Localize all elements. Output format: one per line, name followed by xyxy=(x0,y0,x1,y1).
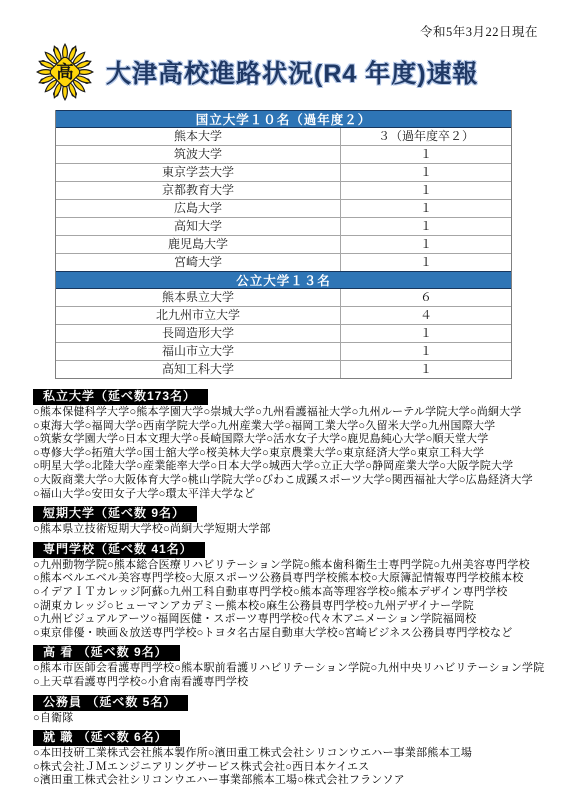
section-header: 公務員 （延べ数 5名） xyxy=(33,695,188,711)
emblem-character: 高 xyxy=(56,62,73,82)
date-note: 令和5年3月22日現在 xyxy=(0,0,566,40)
table-row: 鹿児島大学 １ xyxy=(56,235,511,253)
table-row: 広島大学 １ xyxy=(56,199,511,217)
table-row: 長岡造形大学 １ xyxy=(56,324,511,342)
university-name: 鹿児島大学 xyxy=(56,236,340,253)
national-universities-header: 国立大学１０名（過年度２） xyxy=(56,110,511,128)
school-list-line: ○福山大学○安田女子大学○環太平洋大学など xyxy=(33,488,543,502)
school-list-line: ○熊本ベルエベル美容専門学校○大原スポーツ公務員専門学校熊本校○大原簿記情報専門… xyxy=(33,572,543,586)
table-row: 筑波大学 １ xyxy=(56,145,511,163)
school-list-line: ○東海大学○福岡大学○西南学院大学○九州産業大学○福岡工業大学○久留米大学○九州… xyxy=(33,420,543,434)
school-list-line: ○自衛隊 xyxy=(33,712,543,726)
section-header: 短期大学（延べ数 9名） xyxy=(33,506,197,522)
university-name: 熊本大学 xyxy=(56,128,340,145)
section-civil-service: 公務員 （延べ数 5名） ○自衛隊 xyxy=(33,693,543,726)
university-name: 長岡造形大学 xyxy=(56,325,340,342)
university-count: １ xyxy=(340,164,511,181)
school-list-line: ○熊本市医師会看護専門学校○熊本駅前看護リハビリテーション学院○九州中央リハビリ… xyxy=(33,662,543,676)
school-list-line: ○熊本保健科学大学○熊本学園大学○崇城大学○九州看護福祉大学○九州ルーテル学院大… xyxy=(33,406,543,420)
university-count: １ xyxy=(340,236,511,253)
table-row: 福山市立大学 １ xyxy=(56,342,511,360)
school-list-line: ○東京俳優・映画＆放送専門学校○トヨタ名古屋自動車大学校○宮崎ビジネス公務員専門… xyxy=(33,627,543,641)
university-name: 宮崎大学 xyxy=(56,254,340,271)
section-header: 高 看 （延べ数 9名） xyxy=(33,645,180,661)
page-title: 大津高校進路状況(R4 年度)速報 xyxy=(106,54,479,90)
university-count: ６ xyxy=(340,289,511,306)
section-header: 専門学校（延べ数 41名） xyxy=(33,542,205,558)
school-list-line: ○本田技研工業株式会社熊本製作所○濱田重工株式会社シリコンウエハー事業部熊本工場 xyxy=(33,747,543,761)
school-list-line: ○大阪商業大学○大阪体育大学○桃山学院大学○びわこ成蹊スポーツ大学○関西福祉大学… xyxy=(33,474,543,488)
university-count: １ xyxy=(340,146,511,163)
school-list-line: ○濱田重工株式会社シリコンウエハー事業部熊本工場○株式会社フランソア xyxy=(33,774,543,788)
university-name: 高知工科大学 xyxy=(56,361,340,378)
school-list-line: ○イデアＩＴカレッジ阿蘇○九州工科自動車専門学校○熊本高等理容学校○熊本デザイン… xyxy=(33,586,543,600)
university-count: １ xyxy=(340,200,511,217)
section-header: 私立大学（延べ数173名） xyxy=(33,389,208,405)
table-row: 高知大学 １ xyxy=(56,217,511,235)
university-count: １ xyxy=(340,182,511,199)
school-emblem-icon: 高 xyxy=(36,41,94,103)
category-sections: 私立大学（延べ数173名） ○熊本保健科学大学○熊本学園大学○崇城大学○九州看護… xyxy=(33,387,543,788)
university-count: １ xyxy=(340,254,511,271)
public-universities-header: 公立大学１３名 xyxy=(56,271,511,289)
university-name: 広島大学 xyxy=(56,200,340,217)
school-list-line: ○専修大学○拓殖大学○国士舘大学○桜美林大学○東京農業大学○東京経済大学○東京工… xyxy=(33,447,543,461)
table-row: 高知工科大学 １ xyxy=(56,360,511,378)
table-row: 熊本大学 ３（過年度卒２） xyxy=(56,128,511,145)
university-count: ３（過年度卒２） xyxy=(340,128,511,145)
school-list-line: ○筑紫女学園大学○日本文理大学○長崎国際大学○活水女子大学○鹿児島純心大学○順天… xyxy=(33,433,543,447)
university-count: １ xyxy=(340,325,511,342)
university-name: 北九州市立大学 xyxy=(56,307,340,324)
section-junior-colleges: 短期大学（延べ数 9名） ○熊本県立技術短期大学校○尚絅大学短期大学部 xyxy=(33,504,543,537)
table-row: 東京学芸大学 １ xyxy=(56,163,511,181)
table-row: 北九州市立大学 ４ xyxy=(56,306,511,324)
admissions-table: 国立大学１０名（過年度２） 熊本大学 ３（過年度卒２） 筑波大学 １ 東京学芸大… xyxy=(55,110,512,379)
university-count: ４ xyxy=(340,307,511,324)
university-name: 東京学芸大学 xyxy=(56,164,340,181)
school-list-line: ○九州動物学院○熊本総合医療リハビリテーション学院○熊本歯科衛生士専門学院○九州… xyxy=(33,559,543,573)
university-count: １ xyxy=(340,343,511,360)
university-name: 熊本県立大学 xyxy=(56,289,340,306)
section-nursing-schools: 高 看 （延べ数 9名） ○熊本市医師会看護専門学校○熊本駅前看護リハビリテーシ… xyxy=(33,643,543,689)
table-row: 熊本県立大学 ６ xyxy=(56,289,511,306)
university-name: 京都教育大学 xyxy=(56,182,340,199)
school-list-line: ○湖東カレッジ○ヒューマンアカデミー熊本校○麻生公務員専門学校○九州デザイナー学… xyxy=(33,600,543,614)
university-name: 福山市立大学 xyxy=(56,343,340,360)
section-header: 就 職 （延べ数 6名） xyxy=(33,730,180,746)
school-list-line: ○明星大学○北陸大学○産業能率大学○日本大学○城西大学○立正大学○静岡産業大学○… xyxy=(33,460,543,474)
table-row: 宮崎大学 １ xyxy=(56,253,511,271)
document-page: 令和5年3月22日現在 xyxy=(0,0,566,800)
masthead: 高 大津高校進路状況(R4 年度)速報 xyxy=(36,40,566,104)
section-private-universities: 私立大学（延べ数173名） ○熊本保健科学大学○熊本学園大学○崇城大学○九州看護… xyxy=(33,387,543,501)
school-list-line: ○熊本県立技術短期大学校○尚絅大学短期大学部 xyxy=(33,523,543,537)
university-count: １ xyxy=(340,218,511,235)
section-vocational-schools: 専門学校（延べ数 41名） ○九州動物学院○熊本総合医療リハビリテーション学院○… xyxy=(33,540,543,641)
school-list-line: ○上天草看護専門学校○小倉南看護専門学校 xyxy=(33,676,543,690)
section-employment: 就 職 （延べ数 6名） ○本田技研工業株式会社熊本製作所○濱田重工株式会社シリ… xyxy=(33,728,543,788)
university-count: １ xyxy=(340,361,511,378)
school-list-line: ○九州ビジュアルアーツ○福岡医健・スポーツ専門学校○代々木アニメーション学院福岡… xyxy=(33,613,543,627)
university-name: 筑波大学 xyxy=(56,146,340,163)
university-name: 高知大学 xyxy=(56,218,340,235)
table-row: 京都教育大学 １ xyxy=(56,181,511,199)
school-list-line: ○株式会社ＪＭエンジニアリングサービス株式会社○西日本ケイエス xyxy=(33,761,543,775)
